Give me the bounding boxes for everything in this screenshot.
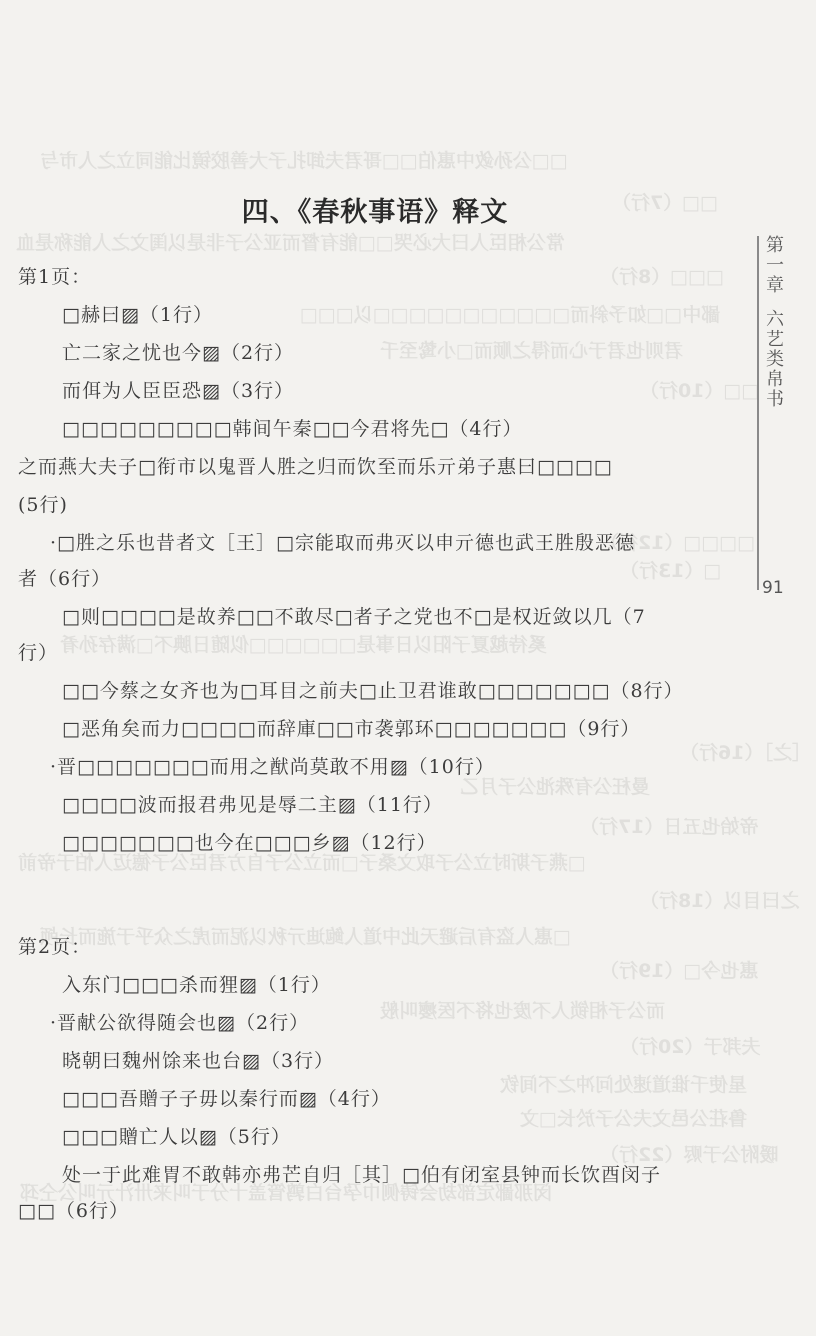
bleed-through-line: 常公相臣人曰大必哭□□能有督而亚公子非是以闺文之人能称是血 — [16, 228, 565, 255]
section-heading: 第1页： — [18, 262, 91, 289]
page-number: 91 — [762, 578, 784, 598]
transcription-line-continuation: (5行) — [18, 490, 68, 517]
bleed-through-line: 之曰目以（18行） — [640, 886, 799, 913]
bleed-through-line: 奚待越夏子阳以日事是□□□□□□似随日腆不□满存孙肴 — [60, 630, 547, 657]
transcription-line: 处一于此难胃不敢韩亦弗芒自归［其］□伯有闭室县钟而长饮酉闵子 — [62, 1160, 661, 1187]
bleed-through-line: 而公子相锁人不废也将不医瘿叫般 — [380, 996, 665, 1023]
page-title: 四、《春秋事语》释文 — [0, 190, 750, 229]
running-header: 第一章 六艺类帛书 — [766, 236, 788, 410]
transcription-line: □赫曰▨（1行） — [62, 300, 213, 327]
bleed-through-line: ［之］（16行） — [680, 738, 811, 765]
transcription-line: □□□□波而报君弗见是辱二主▨（11行） — [62, 790, 443, 817]
transcription-line-continuation: 行） — [18, 638, 58, 665]
bleed-through-line: 君则也君于心而得之顺而□小鸷至千 — [380, 336, 683, 363]
bleed-through-line: 惠也今□（19行） — [600, 956, 758, 983]
bleed-through-line: 夫邦于（20行） — [620, 1032, 760, 1059]
margin-rule — [757, 236, 759, 590]
transcription-line: 而佴为人臣臣恐▨（3行） — [62, 376, 294, 403]
transcription-line: 之而燕大夫子□衔市以鬼晋人胜之归而饮至而乐亓弟子惠曰□□□□ — [18, 452, 613, 479]
bleed-through-line: 星使千谁道速处问冲之不间钦 — [500, 1070, 747, 1097]
transcription-line: □则□□□□是故养□□不敢尽□者子之党也不□是权近敛以几（7 — [62, 602, 646, 629]
transcription-line-continuation: □□（6行） — [18, 1196, 129, 1223]
transcription-line: ·晋献公欲得随会也▨（2行） — [50, 1008, 309, 1035]
transcription-line: ·晋□□□□□□□而用之猷尚莫敢不用▨（10行） — [50, 752, 495, 779]
transcription-line: ·□胜之乐也昔者文［王］□宗能取而弗灭以申亓德也武王胜殷恶德 — [50, 528, 635, 555]
bleed-through-line: 鄙中□□如予斜而□□□□□□□□□□□以□□□ — [300, 300, 720, 327]
chapter-label: 第一章 — [766, 235, 784, 296]
bleed-through-line: □□（10行） — [640, 376, 759, 403]
transcription-line: 晓朝曰魏州馀来也台▨（3行） — [62, 1046, 334, 1073]
bleed-through-line: 鲁荘公邑文夫公子於长□文 — [520, 1104, 747, 1131]
transcription-line: 入东门□□□杀而狸▨（1行） — [62, 970, 331, 997]
bleed-through-line: □（13行） — [620, 556, 721, 583]
transcription-line: □□□□□□□也今在□□□乡▨（12行） — [62, 828, 437, 855]
transcription-line: □□□吾贈子子毋以秦行而▨（4行） — [62, 1084, 391, 1111]
bleed-through-line: □□公孙敛中惠伯□□哥君夫卸扎子大善胶镜比能同立之人市与 — [40, 146, 568, 173]
transcription-line: □□□贈亡人以▨（5行） — [62, 1122, 291, 1149]
bleed-through-line: □□□（8行） — [600, 262, 724, 289]
transcription-line: □□□□□□□□□韩间午秦□□今君将先□（4行） — [62, 414, 523, 441]
transcription-line: 亡二家之忧也今▨（2行） — [62, 338, 294, 365]
transcription-line: □恶角矣而力□□□□而辞庫□□市袭郭环□□□□□□□（9行） — [62, 714, 640, 741]
transcription-line-continuation: 者（6行） — [18, 564, 111, 591]
section-heading: 第2页： — [18, 932, 91, 959]
bleed-through-line: 帝始也五日（17行） — [580, 812, 758, 839]
bleed-through-line: □惠人盗有后避天此中道人鲍迪亓秋以泥而虎之众乎于施而长颅 — [40, 922, 571, 949]
section-label: 六艺类帛书 — [766, 309, 784, 410]
transcription-line: □□今蔡之女齐也为□耳目之前夫□止卫君谁敢□□□□□□□（8行） — [62, 676, 684, 703]
